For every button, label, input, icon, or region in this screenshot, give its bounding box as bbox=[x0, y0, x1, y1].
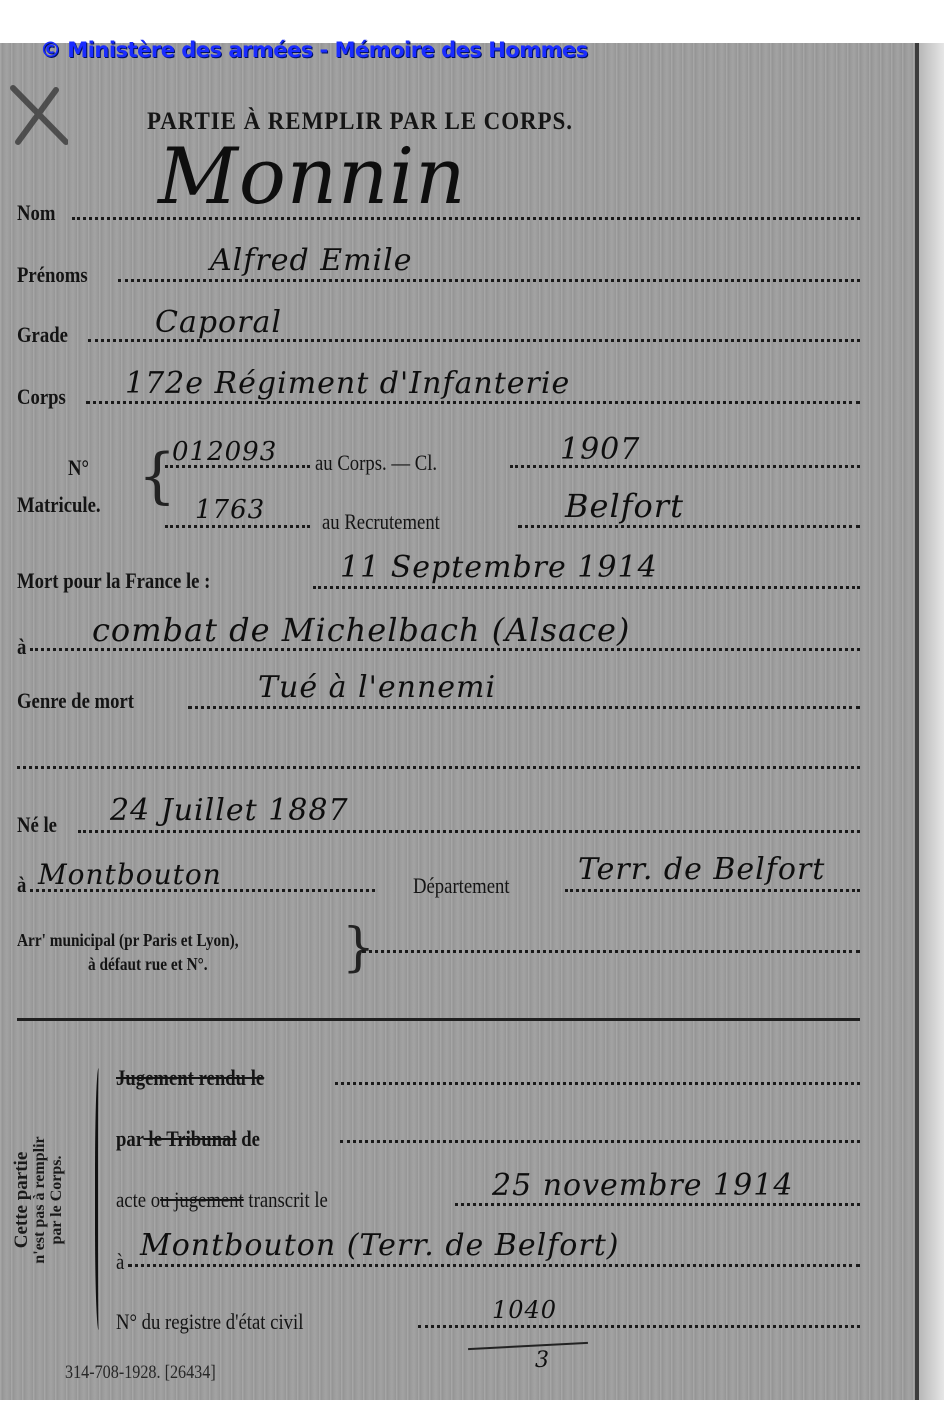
value-transcrit-le: 25 novembre 1914 bbox=[492, 1168, 793, 1203]
field-line-jugement-rendu bbox=[335, 1082, 860, 1085]
value-grade: Caporal bbox=[155, 305, 282, 340]
label-corps: Corps bbox=[17, 384, 66, 410]
field-line-tribunal bbox=[340, 1140, 860, 1143]
field-line-date-deces bbox=[313, 586, 860, 589]
label-acte-transcrit: acte ou jugement transcrit le bbox=[116, 1187, 328, 1213]
side-note: Cette partie n'est pas à remplir par le … bbox=[12, 1100, 66, 1300]
brace-matricule: { bbox=[138, 446, 176, 506]
field-line-transcrit-le bbox=[455, 1203, 860, 1206]
label-a-lieu-naissance: à bbox=[17, 872, 26, 898]
label-a-transcrit: à bbox=[116, 1249, 124, 1275]
value-prenoms: Alfred Emile bbox=[210, 243, 413, 278]
label-a-lieu-deces: à bbox=[17, 634, 26, 660]
value-nom: Monnin bbox=[158, 132, 466, 222]
label-jugement-rendu: Jugement rendu le bbox=[116, 1065, 264, 1091]
value-departement: Terr. de Belfort bbox=[578, 852, 825, 887]
value-no-registre-denominator: 3 bbox=[535, 1348, 550, 1373]
value-genre-de-mort: Tué à l'ennemi bbox=[258, 670, 496, 705]
separator-line bbox=[17, 1018, 860, 1021]
value-recrutement: Belfort bbox=[565, 487, 684, 525]
field-line-prenoms bbox=[118, 279, 860, 282]
label-genre-de-mort: Genre de mort bbox=[17, 688, 134, 714]
field-line-corps bbox=[86, 401, 860, 404]
label-no: N° bbox=[68, 455, 89, 481]
copyright-watermark: © Ministère des armées - Mémoire des Hom… bbox=[40, 38, 588, 62]
field-line-genre-de-mort bbox=[188, 706, 860, 709]
value-matricule-corps: 012093 bbox=[172, 437, 277, 467]
label-ne-le: Né le bbox=[17, 812, 57, 838]
value-classe: 1907 bbox=[560, 432, 640, 467]
label-au-recrutement: au Recrutement bbox=[322, 509, 440, 535]
label-no-registre: N° du registre d'état civil bbox=[116, 1309, 303, 1335]
value-no-registre: 1040 bbox=[492, 1296, 557, 1324]
value-lieu-deces: combat de Michelbach (Alsace) bbox=[92, 611, 630, 649]
label-grade: Grade bbox=[17, 322, 68, 348]
value-corps: 172e Régiment d'Infanterie bbox=[125, 366, 570, 401]
label-au-corps: au Corps. — Cl. bbox=[315, 450, 437, 476]
label-departement: Département bbox=[413, 873, 510, 899]
field-line-recrutement bbox=[518, 525, 860, 528]
field-line-date-naissance bbox=[78, 830, 860, 833]
label-mort-pour-la-france: Mort pour la France le : bbox=[17, 568, 210, 594]
brace-arr-municipal: } bbox=[342, 922, 375, 974]
value-lieu-naissance: Montbouton bbox=[38, 858, 222, 891]
value-matricule-recrutement: 1763 bbox=[195, 495, 265, 525]
form-reference-footer: 314-708-1928. [26434] bbox=[65, 1362, 216, 1384]
field-line-no-registre bbox=[418, 1325, 860, 1328]
label-nom: Nom bbox=[17, 200, 55, 226]
label-par-le-tribunal: par le Tribunal de bbox=[116, 1126, 260, 1152]
value-transcrit-a: Montbouton (Terr. de Belfort) bbox=[140, 1228, 619, 1263]
label-prenoms: Prénoms bbox=[17, 262, 88, 288]
field-line-transcrit-a bbox=[128, 1264, 860, 1267]
field-line-departement bbox=[565, 889, 860, 892]
label-arr-municipal: Arr' municipal (pr Paris et Lyon), bbox=[17, 930, 239, 951]
brace-lower-section bbox=[95, 1068, 104, 1330]
label-arr-municipal-rue: à défaut rue et N°. bbox=[88, 954, 208, 975]
value-date-deces: 11 Septembre 1914 bbox=[340, 550, 658, 585]
field-line-blank bbox=[17, 766, 860, 769]
scan-margin bbox=[919, 43, 944, 1400]
field-line-arr-municipal bbox=[362, 950, 860, 953]
cross-mark-icon bbox=[8, 80, 68, 150]
label-matricule: Matricule. bbox=[17, 492, 101, 518]
value-date-naissance: 24 Juillet 1887 bbox=[110, 793, 349, 828]
field-line-matricule-recrutement bbox=[165, 525, 310, 528]
